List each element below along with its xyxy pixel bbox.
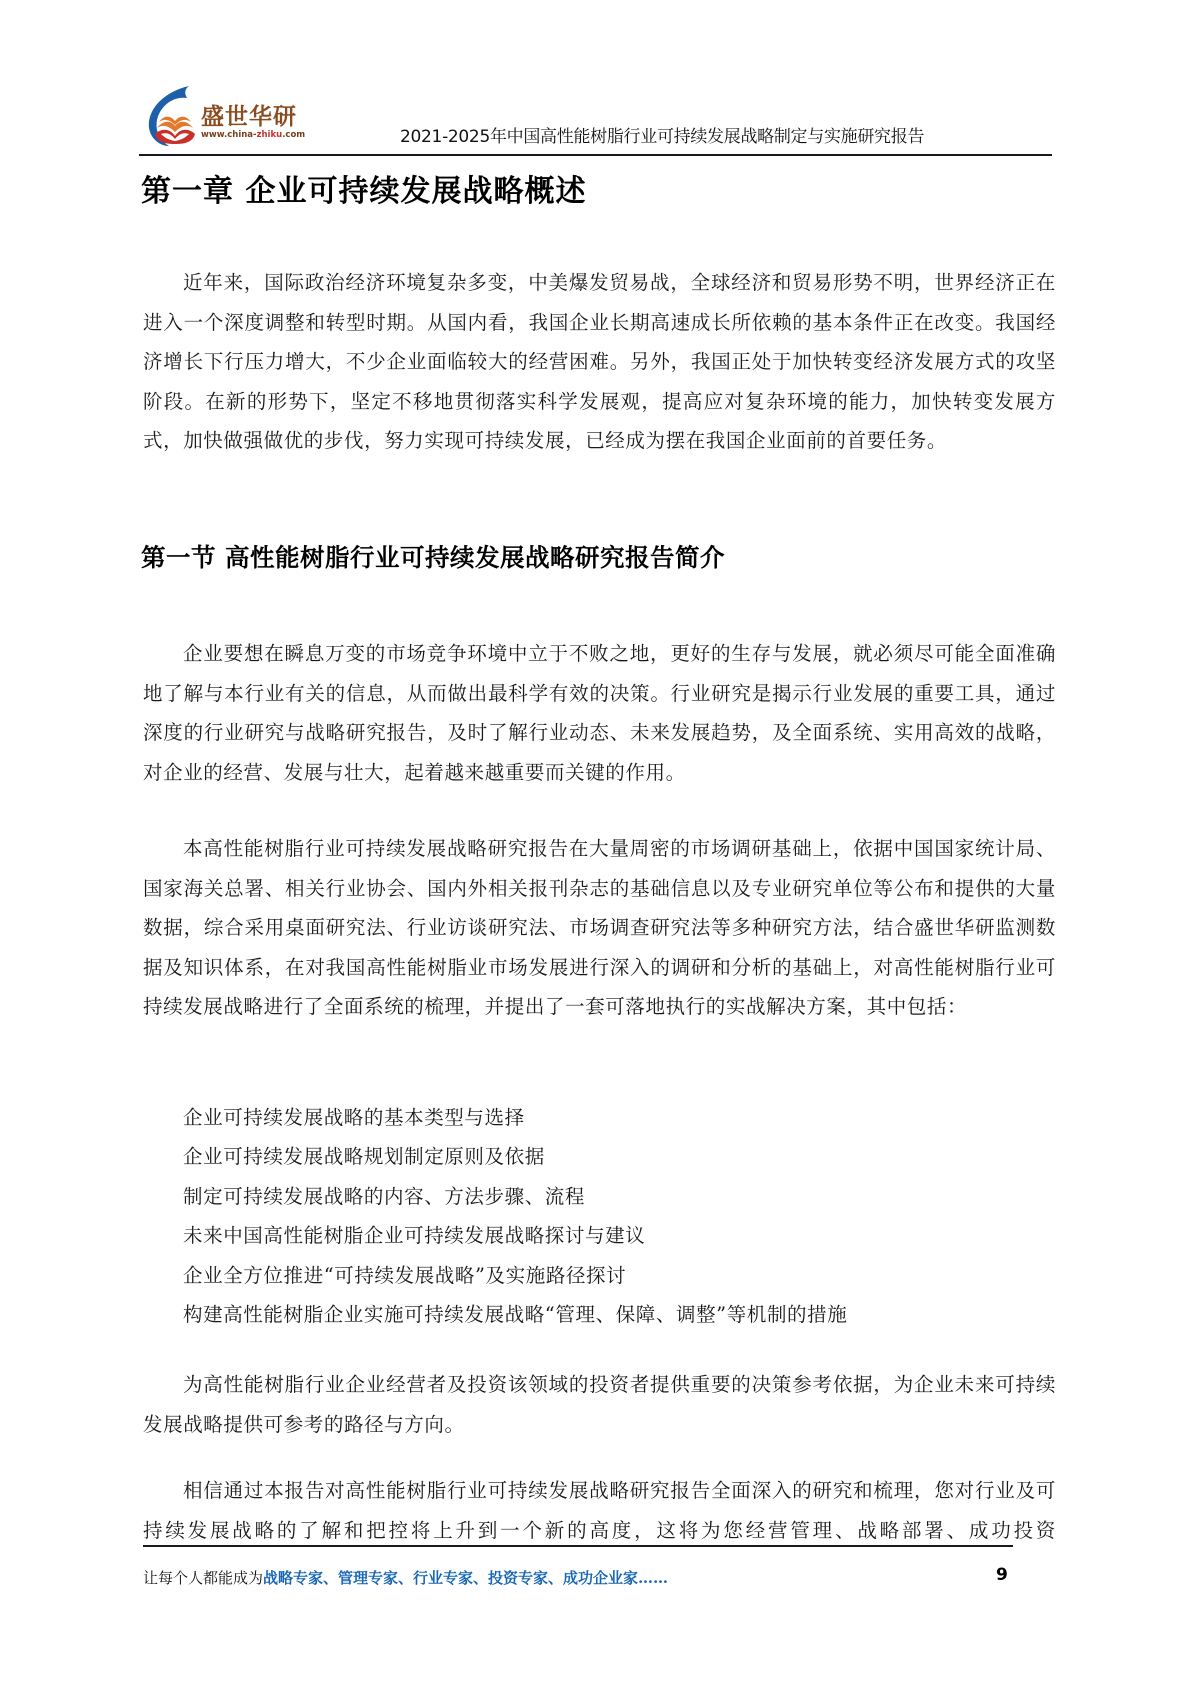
chapter-title: 第一章 企业可持续发展战略概述 [141,166,586,210]
logo-url-suffix: .com [282,130,305,140]
logo-name: 盛世华研 [201,98,297,131]
logo-book-icon [143,84,203,148]
footer-slogan-highlight: 战略专家、管理专家、行业专家、投资专家、成功企业家…… [263,1569,668,1587]
page-number: 9 [996,1565,1008,1585]
list-item: 企业可持续发展战略规划制定原则及依据 [183,1137,847,1176]
section-title: 第一节 高性能树脂行业可持续发展战略研究报告简介 [141,539,725,574]
company-logo: 盛世华研 www.china-zhiku.com [143,84,313,148]
list-item: 企业可持续发展战略的基本类型与选择 [183,1098,847,1137]
report-title: 2021-2025年中国高性能树脂行业可持续发展战略制定与实施研究报告 [400,122,980,147]
contents-list: 企业可持续发展战略的基本类型与选择 企业可持续发展战略规划制定原则及依据 制定可… [183,1098,847,1334]
logo-url-prefix: www.china- [201,130,257,140]
footer-slogan: 让每个人都能成为战略专家、管理专家、行业专家、投资专家、成功企业家…… [143,1567,668,1588]
section-paragraph: 为高性能树脂行业企业经营者及投资该领域的投资者提供重要的决策参考依据，为企业未来… [143,1365,1056,1444]
section-paragraph: 相信通过本报告对高性能树脂行业可持续发展战略研究报告全面深入的研究和梳理，您对行… [143,1471,1056,1550]
logo-url: www.china-zhiku.com [201,130,305,140]
list-item: 企业全方位推进“可持续发展战略”及实施路径探讨 [183,1256,847,1295]
footer-slogan-prefix: 让每个人都能成为 [143,1569,263,1587]
footer-divider [143,1545,1013,1547]
list-item: 构建高性能树脂企业实施可持续发展战略“管理、保障、调整”等机制的措施 [183,1295,847,1334]
section-paragraph: 企业要想在瞬息万变的市场竞争环境中立于不败之地，更好的生存与发展，就必须尽可能全… [143,634,1056,792]
list-item: 未来中国高性能树脂企业可持续发展战略探讨与建议 [183,1216,847,1255]
list-item: 制定可持续发展战略的内容、方法步骤、流程 [183,1177,847,1216]
header-divider [139,154,1052,156]
chapter-paragraph: 近年来，国际政治经济环境复杂多变，中美爆发贸易战，全球经济和贸易形势不明，世界经… [143,263,1056,461]
section-paragraph: 本高性能树脂行业可持续发展战略研究报告在大量周密的市场调研基础上，依据中国国家统… [143,829,1056,1027]
logo-url-accent: zhiku [257,130,283,140]
